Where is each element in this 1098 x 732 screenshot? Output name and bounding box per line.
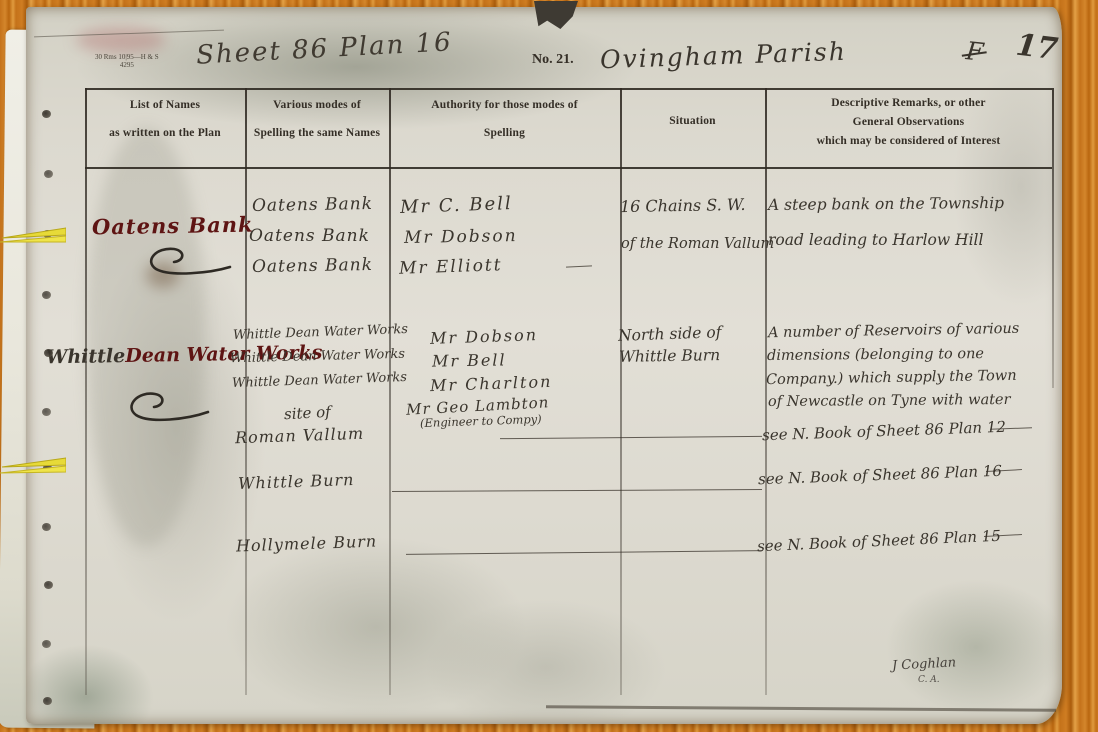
page-bottom-shadow: [546, 705, 1056, 712]
ditto-flourish: [140, 243, 235, 285]
surveyor-title: C. A.: [918, 675, 940, 685]
column-header-authority-line1: Authority for those modes of: [389, 99, 620, 111]
plan-name-black-part: Whittle: [46, 345, 126, 368]
situation-entry: 16 Chains S. W.: [620, 195, 746, 216]
spelling-entry: site of: [284, 403, 332, 423]
situation-entry: North side of: [618, 323, 722, 345]
column-rule-1: [85, 88, 87, 695]
authority-entry: Mr Bell: [432, 350, 507, 370]
column-header-authority-line2: Spelling: [389, 127, 620, 139]
printer-imprint-line1: 30 Rms 10|95—H & S: [95, 53, 159, 61]
torn-edge-line: [34, 30, 224, 38]
binder-hole: [42, 640, 51, 648]
binder-hole: [44, 581, 53, 589]
table-header-rule: [85, 167, 1052, 169]
authority-entry: Mr C. Bell: [400, 193, 513, 218]
page-number: 17: [1014, 28, 1060, 68]
binder-hole: [42, 408, 51, 416]
binder-hole: [42, 291, 51, 299]
column-header-remarks-line1: Descriptive Remarks, or other: [765, 97, 1052, 109]
printer-imprint-line2: 4295: [120, 61, 134, 69]
spelling-entry: Oatens Bank: [252, 194, 373, 216]
authority-entry: Mr Dobson: [404, 226, 518, 248]
table-top-rule: [85, 88, 1052, 90]
column-rule-2: [245, 88, 247, 695]
authority-entry: Mr Elliott: [399, 255, 503, 279]
stain-blotch: [86, 127, 206, 547]
column-header-spelling-line1: Various modes of: [245, 99, 389, 111]
binder-hole: [43, 697, 52, 705]
binder-hole: [42, 523, 51, 531]
spelling-entry: Whittle Burn: [238, 470, 355, 493]
column-header-names-line1: List of Names: [85, 99, 245, 111]
binding-tie-string: [0, 224, 66, 250]
remark-entry: of Newcastle on Tyne with water: [768, 392, 1011, 410]
spelling-entry: Oatens Bank: [249, 226, 370, 246]
column-rule-5: [765, 88, 767, 695]
column-header-remarks-line3: which may be considered of Interest: [765, 135, 1052, 147]
plan-name-oatens-bank: Oatens Bank: [92, 212, 254, 240]
spelling-entry: Oatens Bank: [252, 255, 373, 277]
number-label: No. 21.: [532, 52, 574, 68]
binder-hole: [42, 110, 51, 118]
binder-hole: [44, 170, 53, 178]
binder-hole: [44, 349, 53, 357]
column-header-spelling-line2: Spelling the same Names: [245, 127, 389, 139]
column-header-situation: Situation: [620, 115, 765, 127]
remark-entry: dimensions (belonging to one: [767, 346, 984, 364]
torn-dark-fragment: [534, 1, 578, 29]
column-header-names-line2: as written on the Plan: [85, 127, 245, 139]
column-rule-4: [620, 88, 622, 695]
column-header-remarks-line2: General Observations: [765, 116, 1052, 128]
authority-entry: Mr Dobson: [430, 325, 539, 348]
struck-folio-mark: F: [965, 36, 985, 67]
binding-tie-string: [0, 454, 66, 480]
printer-imprint: 30 Rms 10|95—H & S 4295: [95, 53, 159, 69]
ditto-flourish: [122, 386, 212, 431]
situation-entry: Whittle Burn: [619, 346, 720, 366]
remark-entry: road leading to Harlow Hill: [768, 231, 983, 249]
stain-blotch: [76, 27, 166, 53]
situation-entry: of the Roman Vallum: [621, 236, 774, 252]
remark-entry: A steep bank on the Township: [768, 194, 1004, 214]
scanned-name-book-screenshot: { "header": { "imprint_line1": "30 Rms 1…: [0, 0, 1098, 732]
column-rule-6: [1052, 88, 1054, 388]
column-rule-3: [389, 88, 391, 695]
